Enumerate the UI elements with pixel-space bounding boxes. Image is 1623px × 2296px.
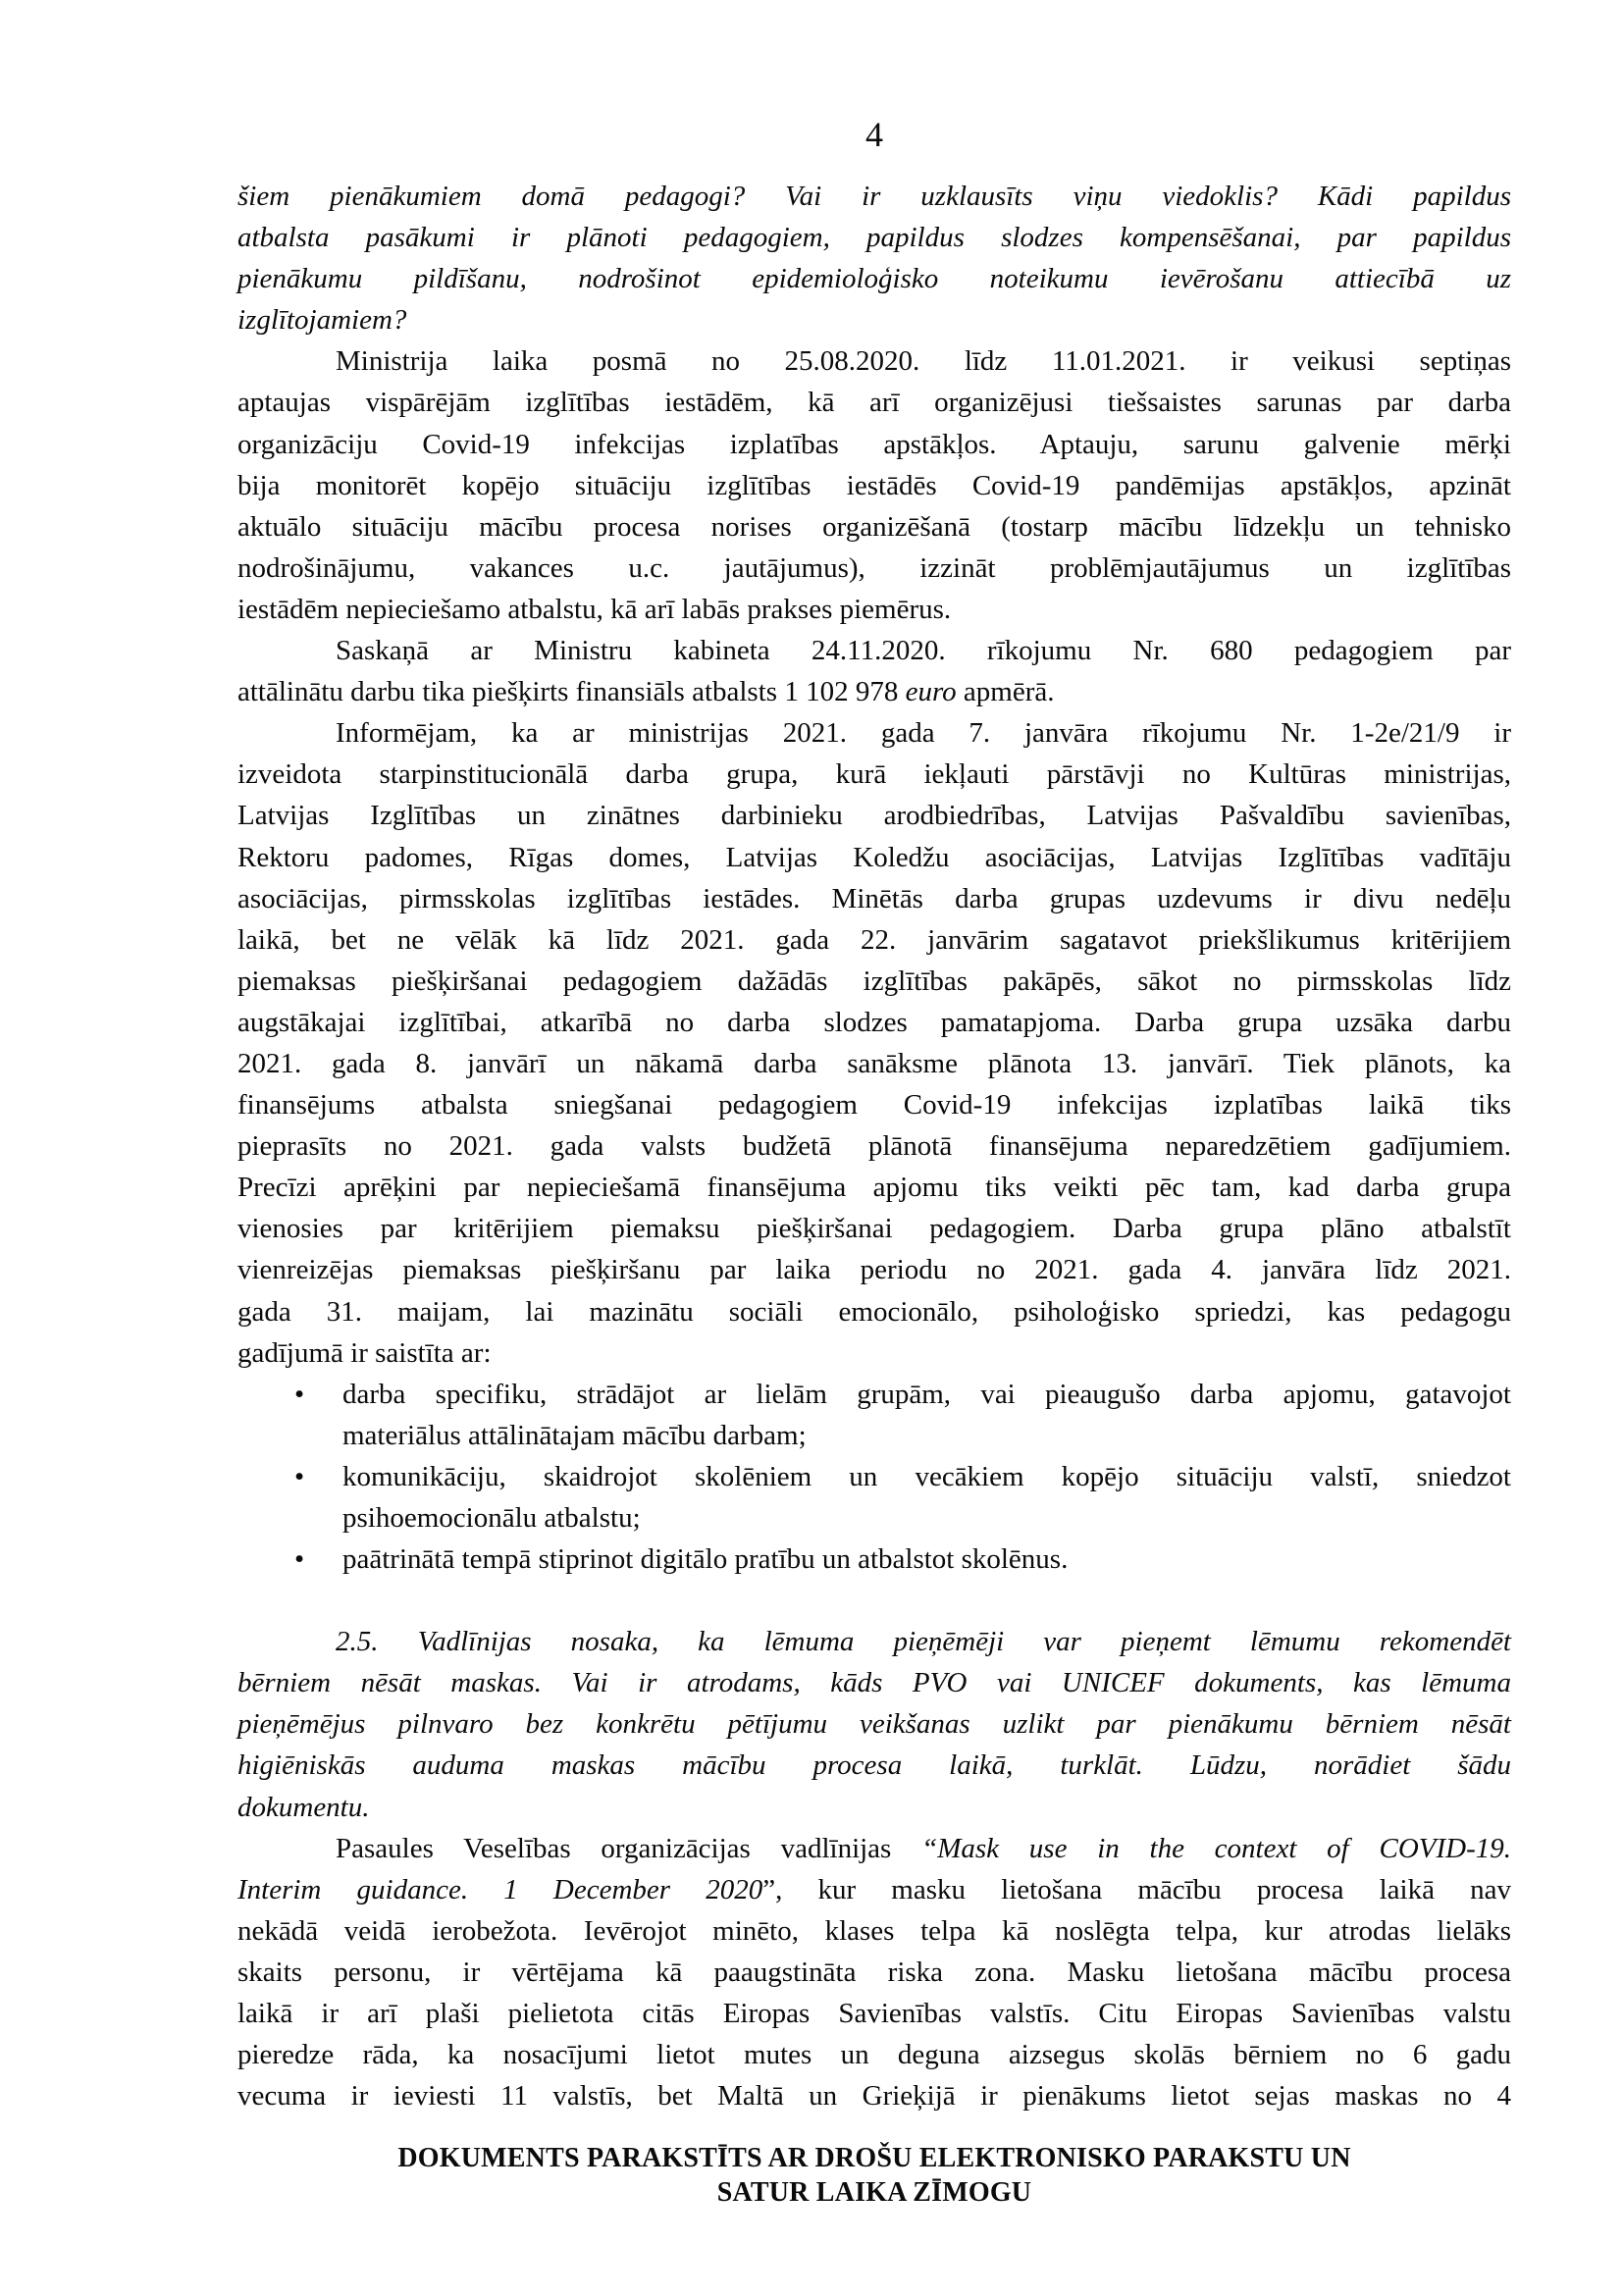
text-segment: apmērā. bbox=[957, 676, 1055, 707]
signature-footer-line2: SATUR LAIKA ZĪMOGU bbox=[237, 2175, 1511, 2210]
text-line: dokumentu. bbox=[237, 1787, 1511, 1828]
text-segment: Pasaules Veselības organizācijas vadlīni… bbox=[336, 1833, 921, 1864]
paragraph-3: Saskaņā ar Ministru kabineta 24.11.2020.… bbox=[237, 630, 1511, 712]
text-line: izveidota starpinstitucionālā darba grup… bbox=[237, 754, 1511, 795]
document-page: 4 šiem pienākumiem domā pedagogi? Vai ir… bbox=[0, 0, 1623, 2296]
text-line: Precīzi aprēķini par nepieciešamā finans… bbox=[237, 1167, 1511, 1208]
text-line: vecuma ir ieviesti 11 valstīs, bet Maltā… bbox=[237, 2075, 1511, 2116]
text-line: Saskaņā ar Ministru kabineta 24.11.2020.… bbox=[237, 630, 1511, 671]
text-line: asociācijas, pirmsskolas izglītības iest… bbox=[237, 878, 1511, 919]
text-line: atbalsta pasākumi ir plānoti pedagogiem,… bbox=[237, 217, 1511, 258]
text-line: komunikāciju, skaidrojot skolēniem un ve… bbox=[342, 1456, 1511, 1497]
text-line: 2021. gada 8. janvārī un nākamā darba sa… bbox=[237, 1043, 1511, 1084]
bullet-icon: • bbox=[294, 1456, 304, 1497]
text-line: attālinātu darbu tika piešķirts finansiā… bbox=[237, 671, 1511, 712]
italic-text-segment: Interim guidance. 1 December 2020 bbox=[237, 1874, 762, 1905]
italic-text-segment: euro bbox=[906, 676, 957, 707]
paragraph-1: šiem pienākumiem domā pedagogi? Vai ir u… bbox=[237, 176, 1511, 340]
text-line: Interim guidance. 1 December 2020”, kur … bbox=[237, 1869, 1511, 1910]
text-line: bija monitorēt kopējo situāciju izglītīb… bbox=[237, 465, 1511, 506]
italic-text-segment: “Mask use in the context of COVID-19. bbox=[921, 1833, 1511, 1864]
text-line: iestādēm nepieciešamo atbalstu, kā arī l… bbox=[237, 589, 1511, 630]
text-line: darba specifiku, strādājot ar lielām gru… bbox=[342, 1374, 1511, 1415]
bullet-item: •darba specifiku, strādājot ar lielām gr… bbox=[237, 1374, 1511, 1456]
text-segment: ”, kur masku lietošana mācību procesa la… bbox=[762, 1874, 1511, 1905]
text-line: Ministrija laika posmā no 25.08.2020. lī… bbox=[237, 340, 1511, 382]
text-line: gada 31. maijam, lai mazinātu sociāli em… bbox=[237, 1291, 1511, 1332]
text-line: Rektoru padomes, Rīgas domes, Latvijas K… bbox=[237, 837, 1511, 878]
text-line: aktuālo situāciju mācību procesa norises… bbox=[237, 506, 1511, 548]
signature-footer: DOKUMENTS PARAKSTĪTS AR DROŠU ELEKTRONIS… bbox=[237, 2141, 1511, 2210]
text-line: nekādā veidā ierobežota. Ievērojot minēt… bbox=[237, 1910, 1511, 1952]
paragraph-4: Informējam, ka ar ministrijas 2021. gada… bbox=[237, 712, 1511, 1374]
text-line: bērniem nēsāt maskas. Vai ir atrodams, k… bbox=[237, 1662, 1511, 1703]
bullet-list: •darba specifiku, strādājot ar lielām gr… bbox=[237, 1374, 1511, 1580]
text-line: Pasaules Veselības organizācijas vadlīni… bbox=[237, 1828, 1511, 1869]
text-line: laikā, bet ne vēlāk kā līdz 2021. gada 2… bbox=[237, 919, 1511, 961]
text-line: pieņēmējus pilnvaro bez konkrētu pētījum… bbox=[237, 1703, 1511, 1745]
text-line: vienosies par kritērijiem piemaksu piešķ… bbox=[237, 1208, 1511, 1249]
text-line: 2.5. Vadlīnijas nosaka, ka lēmuma pieņēm… bbox=[237, 1621, 1511, 1662]
text-line: finansējums atbalsta sniegšanai pedagogi… bbox=[237, 1084, 1511, 1125]
page-number: 4 bbox=[237, 114, 1511, 155]
signature-footer-line1: DOKUMENTS PARAKSTĪTS AR DROŠU ELEKTRONIS… bbox=[237, 2141, 1511, 2175]
text-line: materiālus attālinātajam mācību darbam; bbox=[342, 1415, 1511, 1456]
text-line: pieredze rāda, ka nosacījumi lietot mute… bbox=[237, 2034, 1511, 2075]
text-line: Latvijas Izglītības un zinātnes darbinie… bbox=[237, 795, 1511, 836]
text-line: piemaksas piešķiršanai pedagogiem dažādā… bbox=[237, 961, 1511, 1002]
text-line: skaits personu, ir vērtējama kā paaugsti… bbox=[237, 1952, 1511, 1993]
blank-line bbox=[237, 1580, 1511, 1621]
text-line: augstākajai izglītībai, atkarībā no darb… bbox=[237, 1002, 1511, 1043]
text-line: nodrošinājumu, vakances u.c. jautājumus)… bbox=[237, 548, 1511, 589]
text-line: organizāciju Covid-19 infekcijas izplatī… bbox=[237, 424, 1511, 465]
text-line: laikā ir arī plaši pielietota citās Eiro… bbox=[237, 1993, 1511, 2034]
document-text: šiem pienākumiem domā pedagogi? Vai ir u… bbox=[237, 176, 1511, 2116]
text-line: gadījumā ir saistīta ar: bbox=[237, 1332, 1511, 1374]
bullet-icon: • bbox=[294, 1374, 304, 1415]
paragraph-8: Pasaules Veselības organizācijas vadlīni… bbox=[237, 1828, 1511, 2117]
bullet-item: •paātrinātā tempā stiprinot digitālo pra… bbox=[237, 1539, 1511, 1580]
text-line: pieprasīts no 2021. gada valsts budžetā … bbox=[237, 1125, 1511, 1167]
bullet-item: •komunikāciju, skaidrojot skolēniem un v… bbox=[237, 1456, 1511, 1539]
text-line: izglītojamiem? bbox=[237, 299, 1511, 340]
text-line: aptaujas vispārējām izglītības iestādēm,… bbox=[237, 382, 1511, 423]
paragraph-2: Ministrija laika posmā no 25.08.2020. lī… bbox=[237, 340, 1511, 630]
text-line: psihoemocionālu atbalstu; bbox=[342, 1497, 1511, 1539]
text-line: paātrinātā tempā stiprinot digitālo prat… bbox=[342, 1539, 1511, 1580]
text-line: vienreizējas piemaksas piešķiršanu par l… bbox=[237, 1249, 1511, 1290]
text-line: pienākumu pildīšanu, nodrošinot epidemio… bbox=[237, 258, 1511, 299]
text-line: Informējam, ka ar ministrijas 2021. gada… bbox=[237, 712, 1511, 754]
bullet-icon: • bbox=[294, 1539, 304, 1580]
text-line: higiēniskās auduma maskas mācību procesa… bbox=[237, 1745, 1511, 1786]
paragraph-7: 2.5. Vadlīnijas nosaka, ka lēmuma pieņēm… bbox=[237, 1621, 1511, 1827]
text-segment: attālinātu darbu tika piešķirts finansiā… bbox=[237, 676, 906, 707]
text-line: šiem pienākumiem domā pedagogi? Vai ir u… bbox=[237, 176, 1511, 217]
